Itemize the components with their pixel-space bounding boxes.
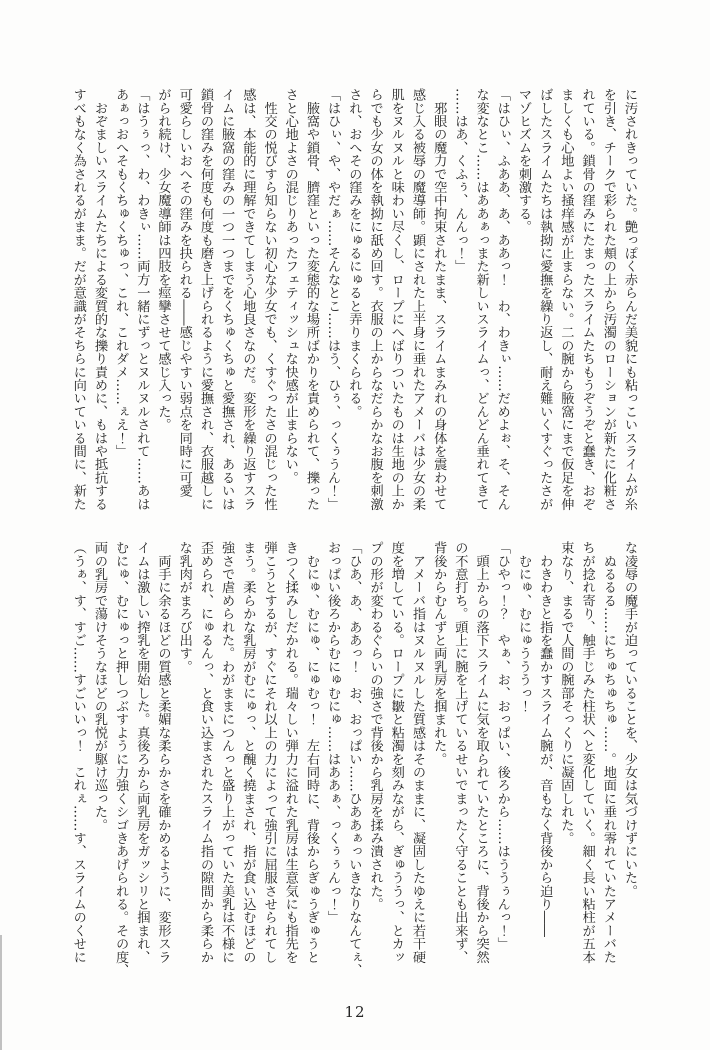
text-column: ばしたスライムたちは執拗に愛撫を繰り返し、耐え難いくすぐったさが [534, 88, 555, 518]
text-column: ぬるるる……にちゅちゅちゅ……。地面に垂れ零れていたアメーバた [598, 541, 619, 971]
text-column: 腋窩や鎖骨、臍窪といった変態的な場所ばかりを責められて、擽った [301, 88, 322, 518]
text-column: な乳肉がまろび出す。 [174, 541, 195, 971]
text-column: の不意打ち。頭上に腕を上げているせいでまったく守ることも出来ず、 [449, 541, 470, 971]
text-column: 「はひぃ、や、やだぁ……そんなとこ……はう、ひぅ、っくぅうん！」 [322, 88, 343, 518]
text-column: 「ひやっ！？ やぁ、お、おっぱい、後ろから……はううぅんっ！」 [492, 541, 513, 971]
text-column: ……はあ、くふぅ、んんっ！」 [449, 88, 470, 518]
text-column: むにゅ、むにゅうううっ！ [513, 541, 534, 971]
text-column: な変なとこ……はああぁっまた新しいスライムっ、どんどん垂れてきて [470, 88, 491, 518]
text-column: さと心地よさの混じりあったフェティッシュな快感が止まらない。 [280, 88, 301, 518]
text-column: がられ続け、少女魔導師は四肢を痙攣させて感じ入った。 [152, 88, 173, 518]
scan-edge-artifact [0, 935, 2, 1050]
text-column: 「はうぅっ、わ、わきぃ……両方一緒にずっとヌルヌルされて……あは [131, 88, 152, 518]
text-column: され、おへその窪みをにゅるにゅると弄りまくられる。 [343, 88, 364, 518]
text-column: 背後からむんずと両乳房を掴まれた。 [428, 541, 449, 971]
text-column: アメーバ指はヌルヌルした質感はそのままに、凝固したゆえに若干硬 [407, 541, 428, 971]
text-column: むにゅ、むにゅ、にゅむっ！ 左右同時に、背後からぎゅうぎゅうと [301, 541, 322, 971]
text-column: むにゅ、むにゅっと押しつぶすように力強くシゴきあげられる。その度、 [110, 541, 131, 971]
text-column: 歪められ、にゅるんっ、と食い込まされたスライム指の隙間から柔らか [195, 541, 216, 971]
text-column: な凌辱の魔手が迫っていることを、少女は気づけずにいた。 [619, 541, 640, 971]
text-column: 頭上からの落下スライムに気を取られていたところに、背後から突然 [470, 541, 491, 971]
text-column: あぁっおへそもくちゅくちゅっ、これ、これダメ……ぇえ！」 [110, 88, 131, 518]
text-column: 束なり、まるで人間の腕部そっくりに凝固しれた。 [555, 541, 576, 971]
text-block-bottom: な凌辱の魔手が迫っていることを、少女は気づけずにいた。 ぬるるる……にちゅちゅち… [67, 541, 640, 971]
text-column: らでも少女の体を執拗に舐め回す。衣服の上からなだらかなお腹を刺激 [364, 88, 385, 518]
text-column: 両の乳房で蕩けそうなほどの乳悦が駆け巡った。 [89, 541, 110, 971]
text-column: に汚されきっていた。艶っぽく赤らんだ美貌にも粘っこいスライムが糸 [619, 88, 640, 518]
text-column: を引き、チークで彩られた頬の上から汚濁のローションが新たに化粧さ [598, 88, 619, 518]
text-block-top: に汚されきっていた。艶っぽく赤らんだ美貌にも粘っこいスライムが糸を引き、チークで… [67, 88, 640, 518]
text-column: 性交の悦びすら知らない初心な少女でも、くすぐったさの混じった性 [258, 88, 279, 518]
text-column: れている。鎖骨の窪みにたまったスライムたちもうぞうぞと蠢き、おぞ [576, 88, 597, 518]
text-column: 「はひぃ、ふああ、あ、ああっ！ わ、わきぃ……だめよぉ、そ、そん [492, 88, 513, 518]
text-column: おぞましいスライムたちによる変質的な擽り責めに、もはや抵抗する [89, 88, 110, 518]
text-column: 鎖骨の窪みを何度も何度も磨き上げられるように愛撫され、衣服越しに [195, 88, 216, 518]
scanned-page: に汚されきっていた。艶っぽく赤らんだ美貌にも粘っこいスライムが糸を引き、チークで… [0, 0, 710, 1050]
text-column: プの形が変わるぐらいの強さで背後から乳房を揉み潰された。 [364, 541, 385, 971]
text-column: わきわきと指を蠢かすスライム腕が、音もなく背後から迫り―― [534, 541, 555, 971]
text-column: ちが捻れ寄り、触手じみた柱状へと変化していく。細く長い粘柱が五本 [576, 541, 597, 971]
text-column: まう。柔らかな乳房がむにゅっ、と醜く撓まされ、指が食い込むほどの [237, 541, 258, 971]
text-column: 感じ入る被辱の魔導師。顕にされた上半身に垂れたアメーバは少女の柔 [407, 88, 428, 518]
text-column: 肌をヌルヌルと味わい尽くし、ロープにへばりついたものは生地の上か [386, 88, 407, 518]
text-column: 両手に余るほどの質感と柔媚な柔らかさを確かめるように、変形スラ [152, 541, 173, 971]
text-column: （うぁ、す、すご……すごいいっ！ これぇ……す、スライムのくせに [68, 541, 89, 971]
text-column: 「ひあ、あ、ああっ！ お、おっぱい……ひああぁっいきなりなんてぇ、 [343, 541, 364, 971]
text-column: イムは激しい搾乳を開始した。真後ろから両乳房をガッシリと掴まれ、 [131, 541, 152, 971]
text-column: 感は、本能的に理解できてしまう心地良さなのだ。変形を繰り返すスラ [237, 88, 258, 518]
text-column: 可愛らしいおへその窪みを抉られる――感じやすい弱点を同時に可愛 [174, 88, 195, 518]
page-number: 12 [0, 1003, 710, 1021]
text-column: 弾こうとするが、すぐにそれ以上の力によって強引に屈服させられてし [258, 541, 279, 971]
text-column: 強さで虐められた。わがままにつんっと盛り上がっていた美乳は不様に [216, 541, 237, 971]
text-column: 度を増している。ロープに皺と粘濁を刻みながら、ぎゅううっ、とカッ [386, 541, 407, 971]
text-column: きつく揉みしだかれる。瑞々しい弾力に溢れた乳房は生意気にも指先を [280, 541, 301, 971]
text-column: おっぱい後ろからむにゅむにゅ……はああぁ、っくぅぅんっ！」 [322, 541, 343, 971]
text-column: イムに腋窩の窪みの一つ一つまでをくちゅくちゅと愛撫され、あるいは [216, 88, 237, 518]
text-column: すべもなく為されるがまま。だが意識がそちらに向いている間に、新た [68, 88, 89, 518]
text-column: マゾヒズムを刺激する。 [513, 88, 534, 518]
text-column: 邪眼の魔力で空中拘束されたまま、スライムまみれの身体を震わせて [428, 88, 449, 518]
text-column: ましくも心地よい掻痒感が止まらない。二の腕から腋窩にまで仮足を伸 [555, 88, 576, 518]
